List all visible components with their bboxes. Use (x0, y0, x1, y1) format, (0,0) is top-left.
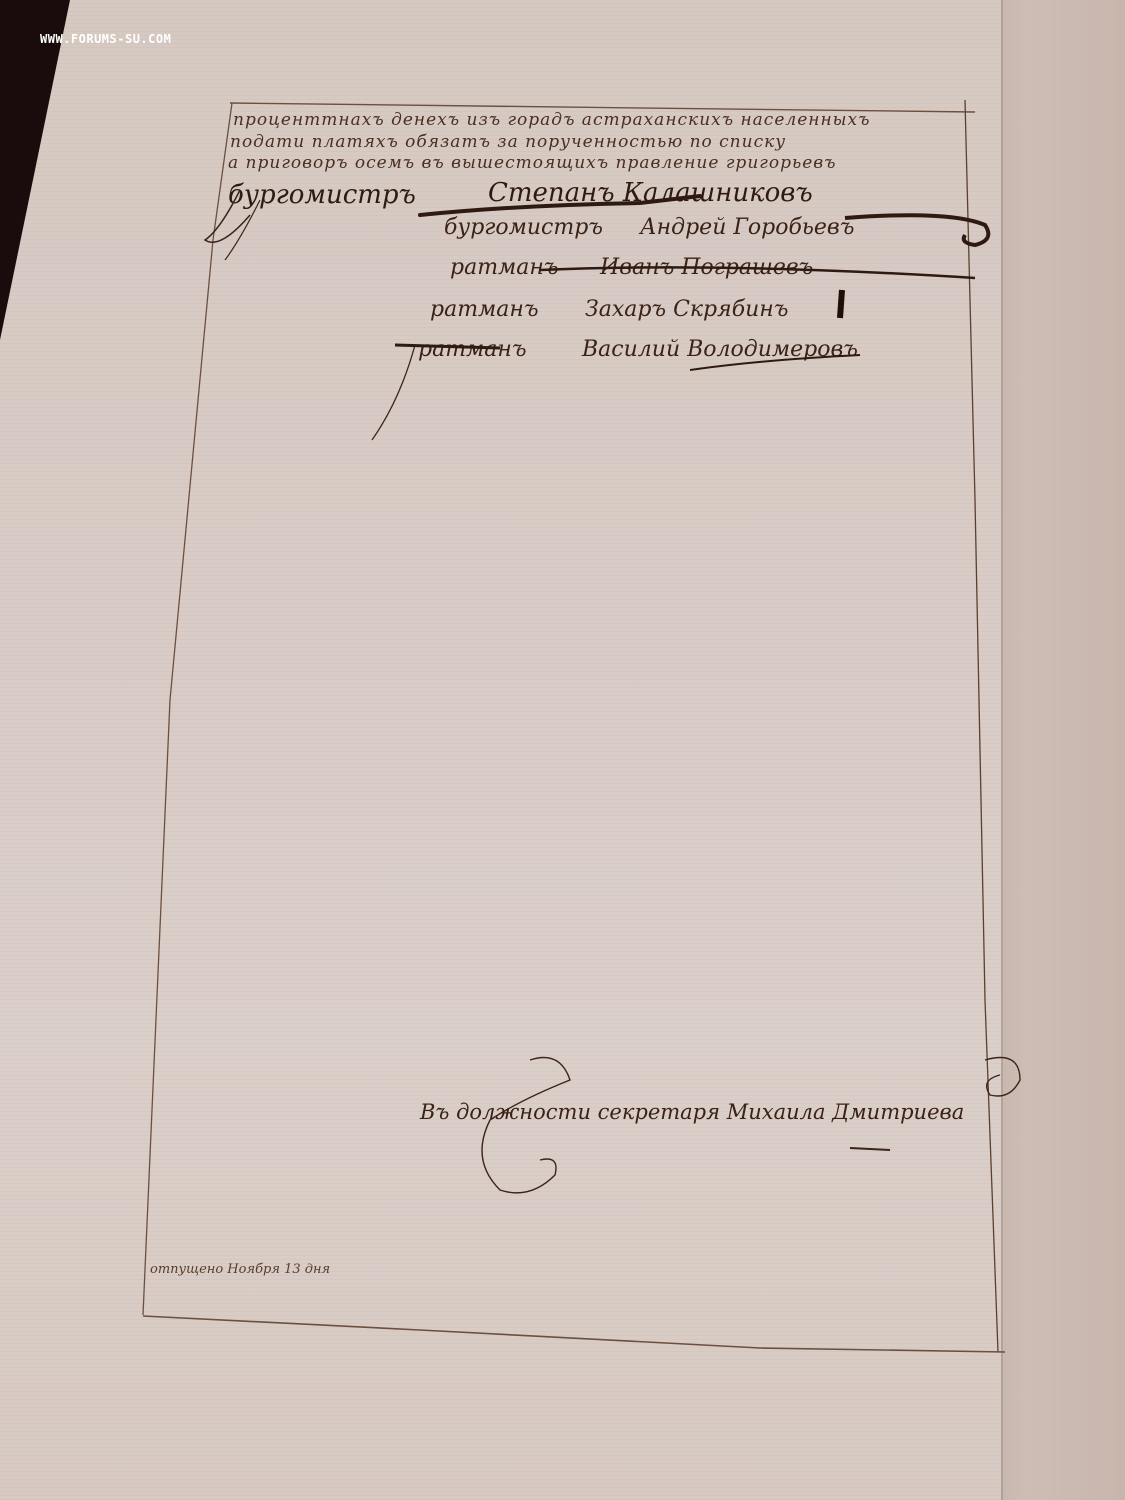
signature-title-2: бургомистръ (444, 215, 603, 240)
signature-title-3: ратманъ (450, 255, 559, 280)
closing-signature: Въ должности секретаря Михаила Дмитриева (420, 1100, 964, 1124)
signature-name-2: Андрей Горобьевъ (640, 215, 854, 240)
header-line-3: а приговоръ осемъ въ вышестоящихъ правле… (228, 153, 837, 173)
signature-name-1: Степанъ Калашниковъ (488, 178, 813, 208)
adjacent-page (1003, 0, 1125, 1500)
signature-name-3: Иванъ Пограшевъ (600, 255, 813, 280)
header-line-2: подати платяхъ обязатъ за порученностью … (230, 132, 786, 152)
footer-note: отпущено Ноября 13 дня (150, 1262, 330, 1277)
document-photo: WWW.FORUMS-SU.COM проценттнахъ денехъ из… (0, 0, 1125, 1500)
watermark: WWW.FORUMS-SU.COM (40, 32, 171, 46)
header-line-1: проценттнахъ денехъ изъ горадъ астраханс… (233, 110, 870, 130)
page-fold (1001, 0, 1003, 1500)
signature-name-5: Василий Володимеровъ (582, 337, 858, 362)
signature-title-4: ратманъ (430, 297, 539, 322)
signature-title-5: ратманъ (418, 337, 527, 362)
signature-title-1: бургомистръ (228, 180, 416, 210)
signature-name-4: Захаръ Скрябинъ (585, 297, 788, 322)
